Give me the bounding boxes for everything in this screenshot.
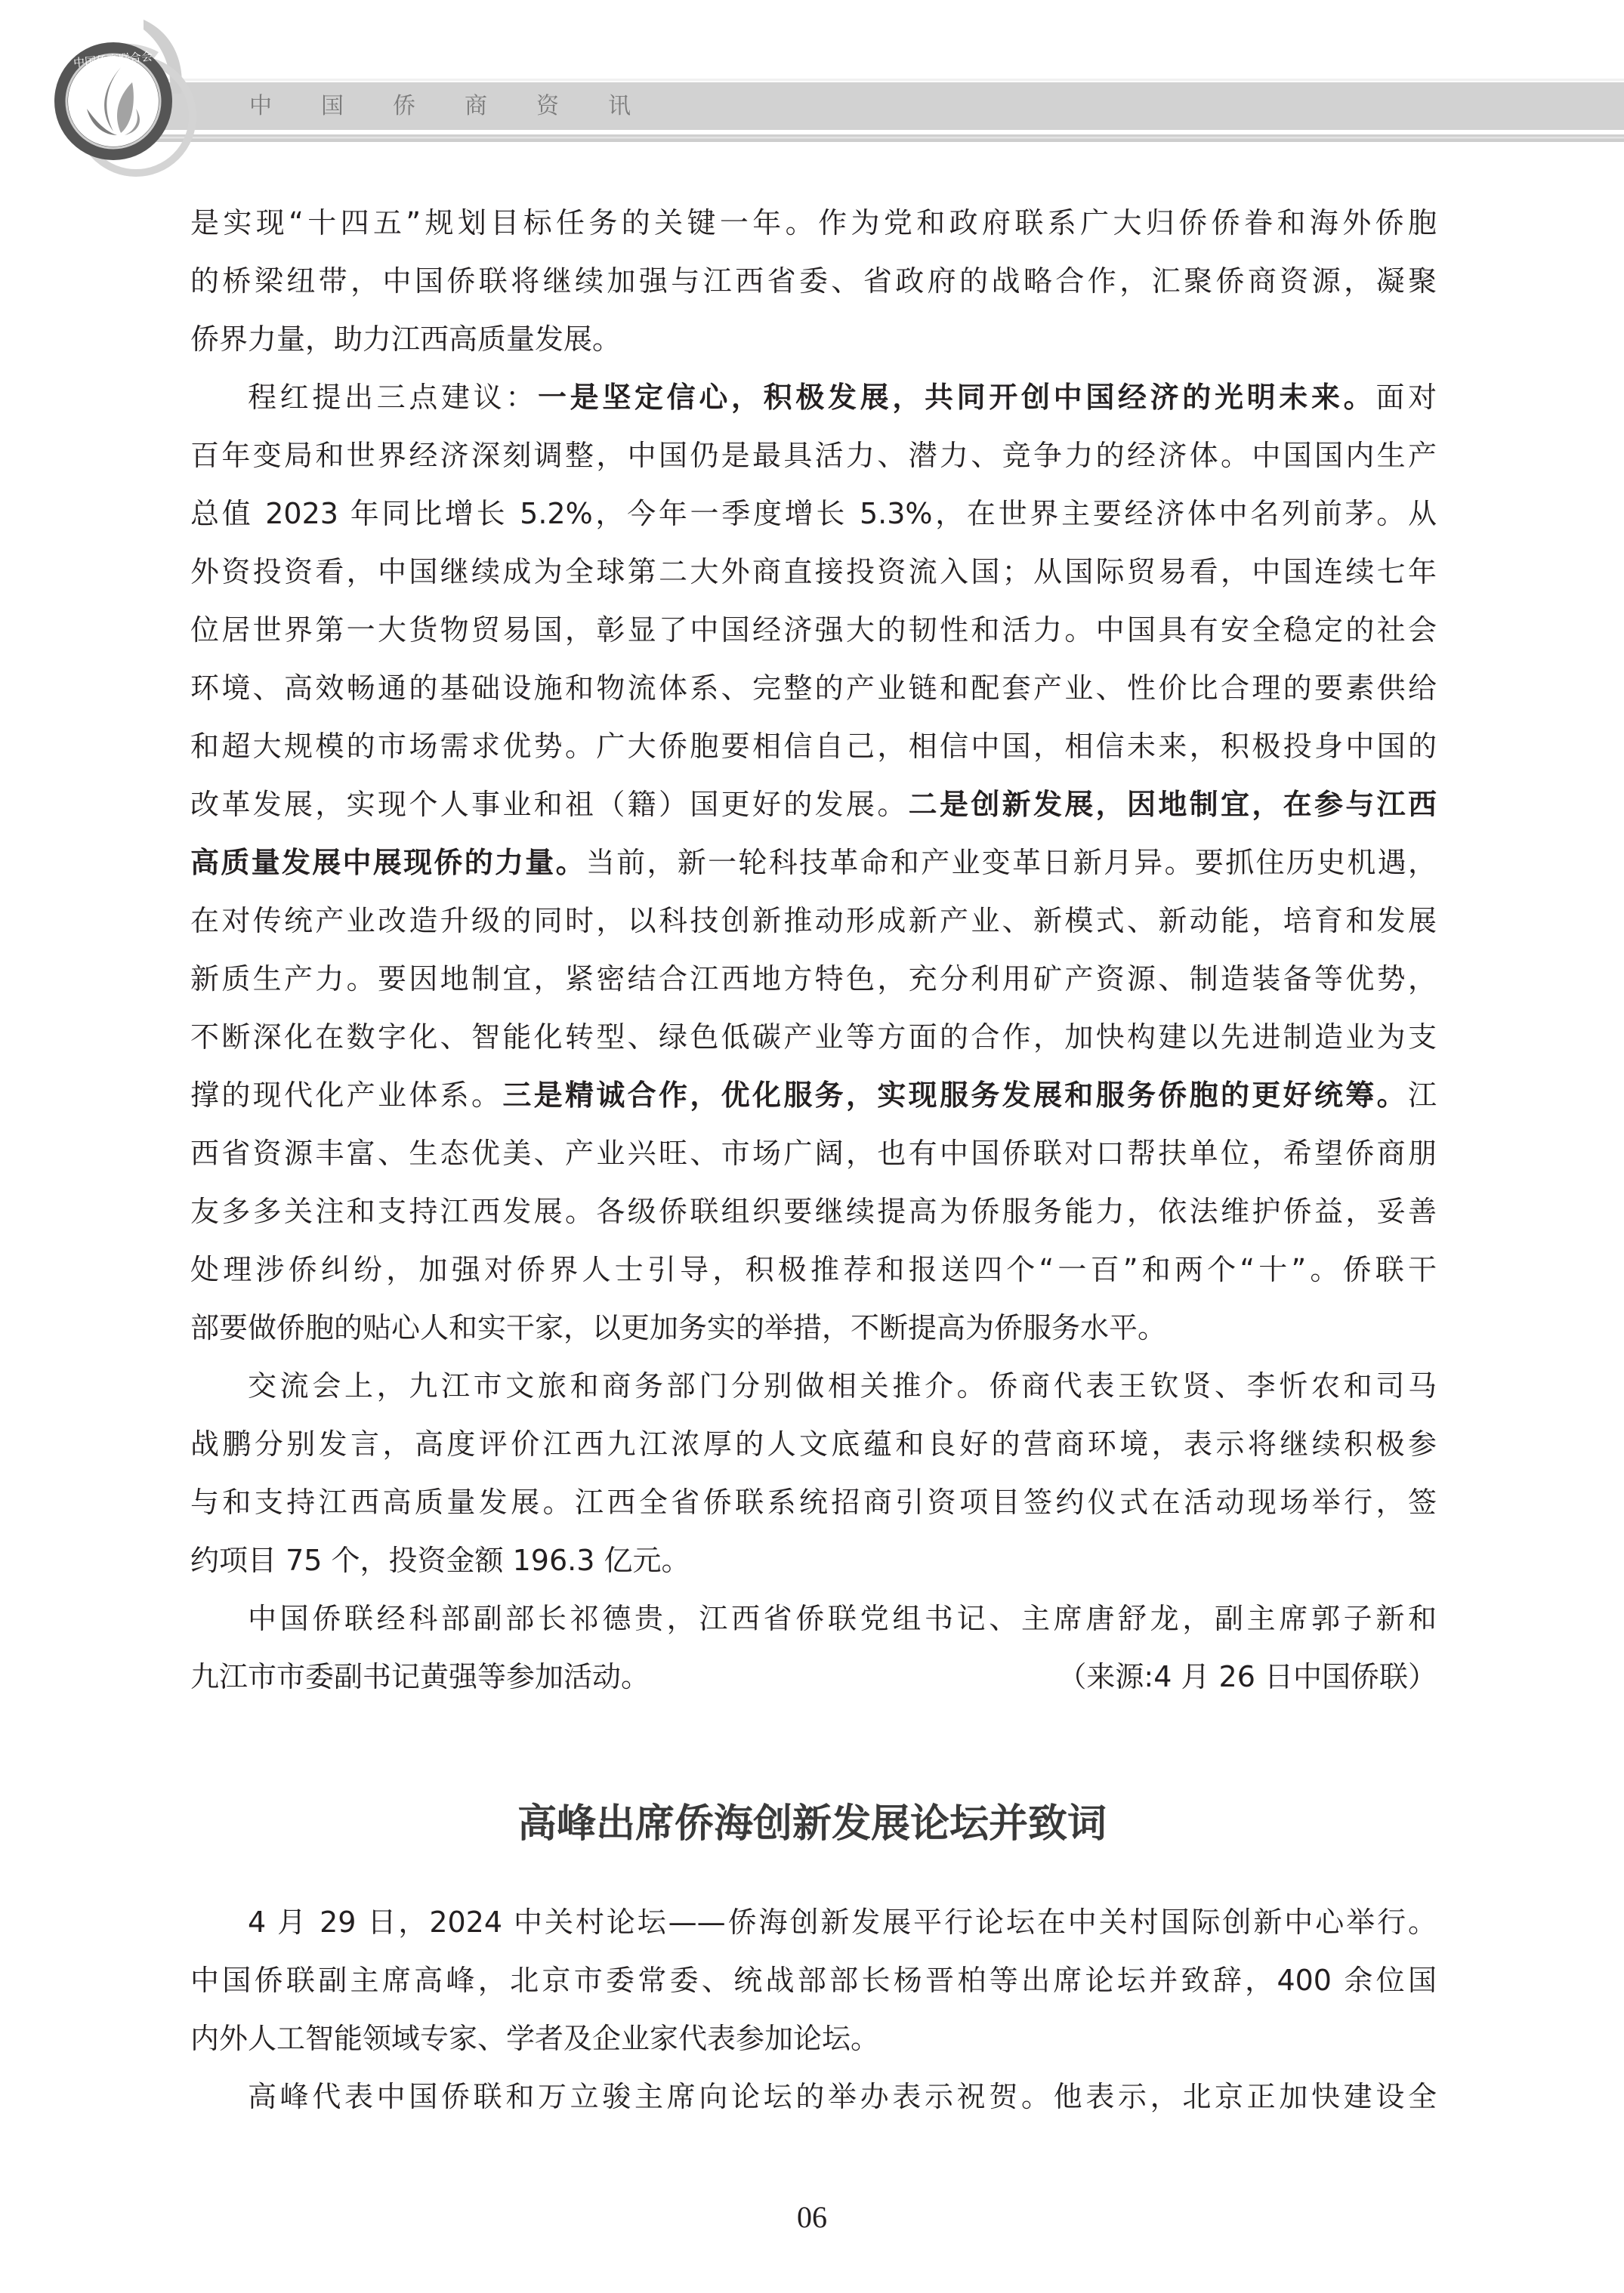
paragraph-line: 中国侨联副主席高峰，北京市委常委、统战部部长杨晋柏等出席论坛并致辞，400 余位… <box>190 1960 1437 2018</box>
paragraph-line: 的桥梁纽带，中国侨联将继续加强与江西省委、省政府的战略合作，汇聚侨商资源，凝聚 <box>190 261 1437 319</box>
paragraph-line: 外资投资看，中国继续成为全球第二大外商直接投资流入国；从国际贸易看，中国连续七年 <box>190 551 1437 610</box>
paragraph-line: 约项目 75 个，投资金额 196.3 亿元。 <box>190 1540 1437 1598</box>
paragraph-line: 交流会上，九江市文旅和商务部门分别做相关推介。侨商代表王钦贤、李忻农和司马 <box>190 1366 1437 1424</box>
paragraph-line: 是实现“十四五”规划目标任务的关键一年。作为党和政府联系广大归侨侨眷和海外侨胞 <box>190 202 1437 261</box>
paragraph-line: 西省资源丰富、生态优美、产业兴旺、市场广阔，也有中国侨联对口帮扶单位，希望侨商朋 <box>190 1133 1437 1191</box>
paragraph-line: 友多多关注和支持江西发展。各级侨联组织要继续提高为侨服务能力，依法维护侨益，妥善 <box>190 1191 1437 1249</box>
publication-title-char: 国 <box>321 88 393 125</box>
paragraph-line: 总值 2023 年同比增长 5.2%，今年一季度增长 5.3%，在世界主要经济体… <box>190 493 1437 551</box>
line-text: 当前，新一轮科技革命和产业变革日新月异。要抓住历史机遇， <box>586 846 1437 879</box>
paragraph-line: 中国侨联经科部副部长祁德贵，江西省侨联党组书记、主席唐舒龙，副主席郭子新和 <box>190 1598 1437 1656</box>
paragraph-line: 战鹏分别发言，高度评价江西九江浓厚的人文底蕴和良好的营商环境，表示将继续积极参 <box>190 1424 1437 1482</box>
header-rule <box>112 134 1624 142</box>
emphasis-text: 高质量发展中展现侨的力量。 <box>190 846 586 879</box>
publication-title-char: 讯 <box>608 88 680 125</box>
organization-logo-icon: 中国侨商联合会 <box>30 11 227 184</box>
paragraph-line-with-emphasis: 改革发展，实现个人事业和祖（籍）国更好的发展。二是创新发展，因地制宜，在参与江西 <box>190 784 1437 842</box>
paragraph-line: 部要做侨胞的贴心人和实干家，以更加务实的举措，不断提高为侨服务水平。 <box>190 1307 1437 1366</box>
paragraph-line: 高峰代表中国侨联和万立骏主席向论坛的举办表示祝贺。他表示，北京正加快建设全 <box>190 2076 1437 2134</box>
publication-title: 中 国 侨 商 资 讯 <box>249 88 680 125</box>
publication-title-char: 商 <box>465 88 536 125</box>
emphasis-text: 一是坚定信心，积极发展，共同开创中国经济的光明未来。 <box>538 381 1375 414</box>
paragraph-line: 4 月 29 日，2024 中关村论坛——侨海创新发展平行论坛在中关村国际创新中… <box>190 1902 1437 1960</box>
page-number: 06 <box>0 2199 1624 2235</box>
line-text: 程红提出三点建议： <box>248 381 538 414</box>
publication-title-char: 资 <box>536 88 608 125</box>
paragraph-line: 环境、高效畅通的基础设施和物流体系、完整的产业链和配套产业、性价比合理的要素供给 <box>190 668 1437 726</box>
paragraph-line: 内外人工智能领域专家、学者及企业家代表参加论坛。 <box>190 2018 1437 2076</box>
paragraph-line: 百年变局和世界经济深刻调整，中国仍是最具活力、潜力、竞争力的经济体。中国国内生产 <box>190 435 1437 493</box>
paragraph-line-with-emphasis: 撑的现代化产业体系。三是精诚合作，优化服务，实现服务发展和服务侨胞的更好统筹。江 <box>190 1075 1437 1133</box>
paragraph-line-with-emphasis: 程红提出三点建议：一是坚定信心，积极发展，共同开创中国经济的光明未来。面对 <box>190 377 1437 435</box>
article-title: 高峰出席侨海创新发展论坛并致词 <box>0 1798 1624 1850</box>
paragraph-line: 处理涉侨纠纷，加强对侨界人士引导，积极推荐和报送四个“一百”和两个“十”。侨联干 <box>190 1249 1437 1307</box>
emphasis-text: 二是创新发展，因地制宜，在参与江西 <box>909 788 1437 821</box>
paragraph-line: 新质生产力。要因地制宜，紧密结合江西地方特色，充分利用矿产资源、制造装备等优势， <box>190 958 1437 1017</box>
line-text: 面对 <box>1375 381 1437 414</box>
header-band-highlight <box>112 79 1624 81</box>
line-text: 改革发展，实现个人事业和祖（籍）国更好的发展。 <box>190 788 909 821</box>
paragraph-line: 侨界力量，助力江西高质量发展。 <box>190 319 1437 377</box>
publication-title-char: 侨 <box>393 88 465 125</box>
line-text: 撑的现代化产业体系。 <box>190 1079 502 1112</box>
paragraph-line: 与和支持江西高质量发展。江西全省侨联系统招商引资项目签约仪式在活动现场举行，签 <box>190 1482 1437 1540</box>
publication-title-char: 中 <box>249 88 321 125</box>
page-header: 中国侨商联合会 中 国 侨 商 资 讯 <box>0 0 1624 181</box>
paragraph-line: 位居世界第一大货物贸易国，彰显了中国经济强大的韧性和活力。中国具有安全稳定的社会 <box>190 610 1437 668</box>
line-text: 江 <box>1408 1079 1437 1112</box>
paragraph-line: 在对传统产业改造升级的同时，以科技创新推动形成新产业、新模式、新动能，培育和发展 <box>190 900 1437 958</box>
paragraph-line-with-emphasis: 高质量发展中展现侨的力量。当前，新一轮科技革命和产业变革日新月异。要抓住历史机遇… <box>190 842 1437 900</box>
source-attribution: （来源:4 月 26 日中国侨联） <box>190 1656 1437 1714</box>
emphasis-text: 三是精诚合作，优化服务，实现服务发展和服务侨胞的更好统筹。 <box>502 1079 1408 1112</box>
paragraph-line: 不断深化在数字化、智能化转型、绿色低碳产业等方面的合作，加快构建以先进制造业为支 <box>190 1017 1437 1075</box>
paragraph-line: 和超大规模的市场需求优势。广大侨胞要相信自己，相信中国，相信未来，积极投身中国的 <box>190 726 1437 784</box>
